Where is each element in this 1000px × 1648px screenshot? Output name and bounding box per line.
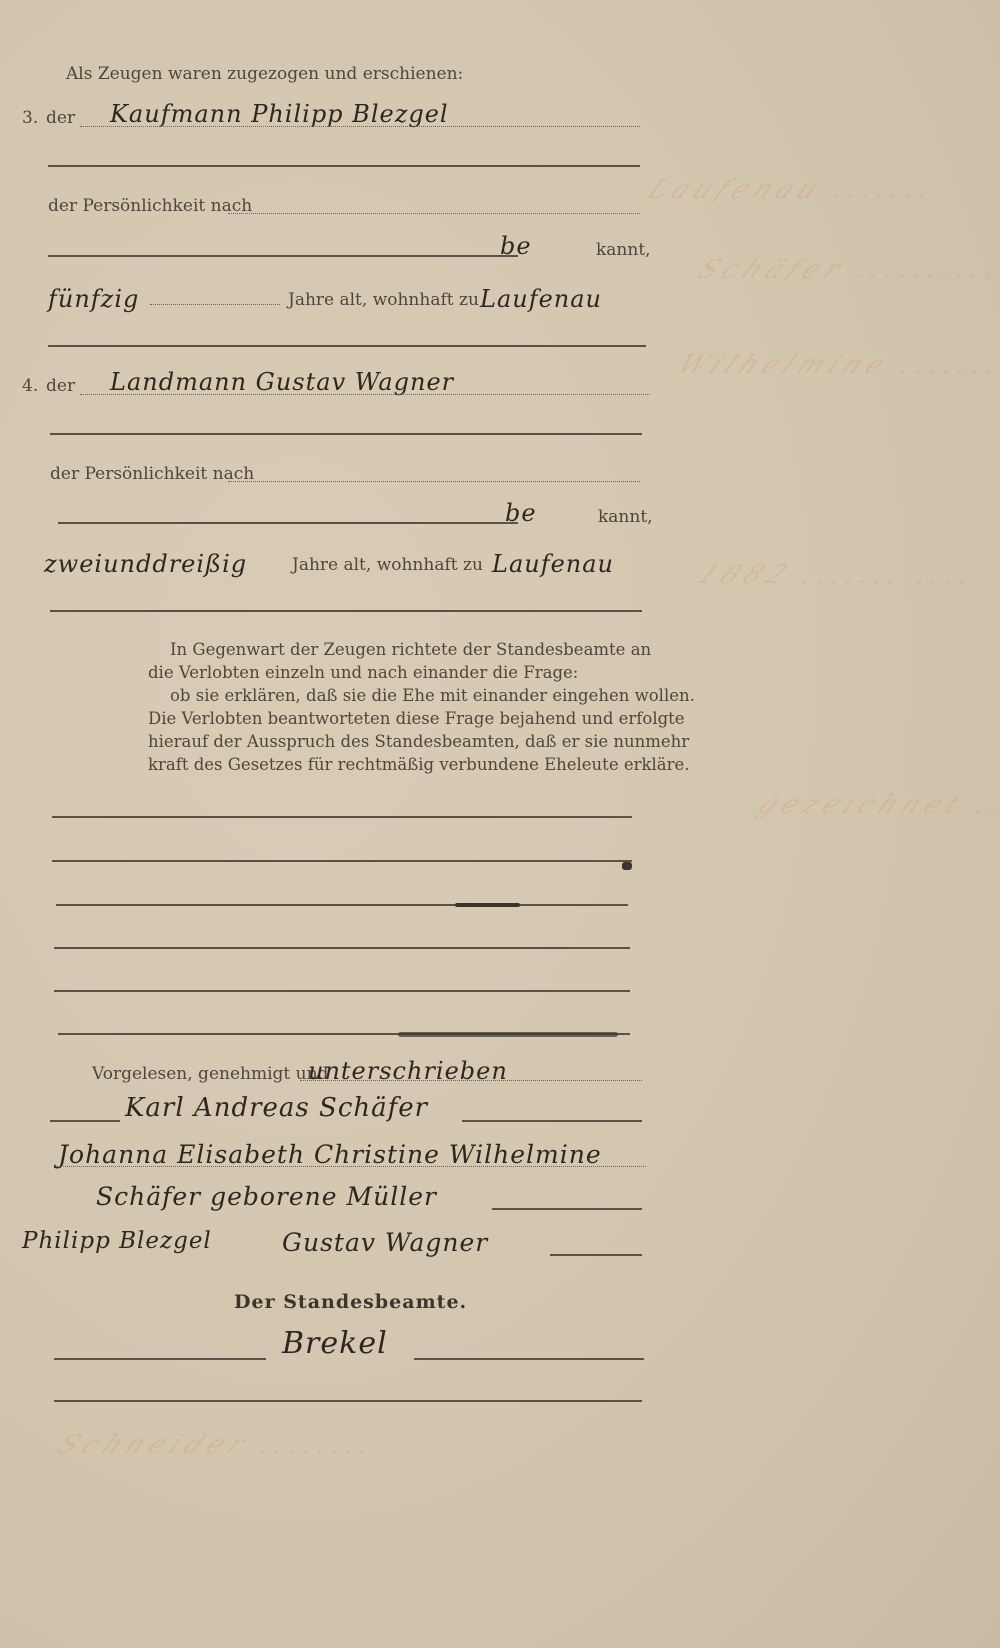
ruled-line xyxy=(414,1358,644,1360)
bleed-through-text: Laufenau ....... xyxy=(641,175,944,205)
bleed-through-text: Schneider ........ xyxy=(51,1430,385,1460)
ruled-line xyxy=(52,860,632,862)
ruled-line xyxy=(550,1254,642,1256)
declaration-paragraph: In Gegenwart der Zeugen richtete der Sta… xyxy=(148,638,643,776)
ruled-line xyxy=(52,816,632,818)
witness-3-age: fünfzig xyxy=(48,285,139,313)
witness-3-identity-label: der Persönlichkeit nach xyxy=(48,196,252,216)
witness-3-age-label: Jahre alt, wohnhaft zu xyxy=(288,290,479,310)
ruled-line xyxy=(54,1358,266,1360)
fill-line xyxy=(228,481,640,482)
witness-3-residence: Laufenau xyxy=(480,285,602,313)
fill-line xyxy=(228,213,640,214)
ruled-line xyxy=(50,1120,120,1122)
bride-signature-line-2: Schäfer geborene Müller xyxy=(96,1182,437,1211)
witness-4-known-fill: be xyxy=(505,499,537,527)
witnesses-heading: Als Zeugen waren zugezogen und erschiene… xyxy=(66,64,463,84)
ruled-line xyxy=(58,522,518,524)
ruled-line xyxy=(492,1208,642,1210)
declaration-line: die Verlobten einzeln und nach einander … xyxy=(148,661,643,684)
witness-4-prefix: der xyxy=(46,376,75,396)
fill-line xyxy=(80,126,640,127)
ruled-line xyxy=(48,255,518,257)
ruled-line xyxy=(56,904,628,906)
witness-3-known-fill: be xyxy=(500,232,532,260)
bleed-through-text: 1882 ............ xyxy=(691,560,984,590)
witness-3-signature: Philipp Blezgel xyxy=(22,1228,212,1254)
bleed-through-text: Wilhelmine ......... xyxy=(671,350,1000,380)
witness-3-prefix: der xyxy=(46,108,75,128)
ruled-line xyxy=(50,433,642,435)
witness-4-signature: Gustav Wagner xyxy=(282,1228,488,1257)
bleed-through-text: Schäfer ............. xyxy=(691,255,1000,285)
declaration-line: kraft des Gesetzes für rechtmäßig verbun… xyxy=(148,753,643,776)
witness-4-residence: Laufenau xyxy=(492,550,614,578)
witness-4-entry: Landmann Gustav Wagner xyxy=(110,368,454,396)
fill-line xyxy=(150,304,280,305)
fill-line xyxy=(300,1080,642,1081)
ruled-line xyxy=(54,947,630,949)
ruled-line xyxy=(48,345,646,347)
fill-line xyxy=(80,394,650,395)
registrar-title: Der Standesbeamte. xyxy=(234,1291,467,1313)
witness-4-identity-label: der Persönlichkeit nach xyxy=(50,464,254,484)
registrar-signature: Brekel xyxy=(282,1326,388,1361)
ink-blot xyxy=(622,862,632,870)
declaration-line: Die Verlobten beantworteten diese Frage … xyxy=(148,707,643,730)
ruled-line xyxy=(54,1400,642,1402)
bride-signature-line-1: Johanna Elisabeth Christine Wilhelmine xyxy=(58,1140,602,1169)
ruled-line xyxy=(48,165,640,167)
bleed-through-text: gezeichnet ... xyxy=(751,790,1000,820)
closing-label: Vorgelesen, genehmigt und xyxy=(92,1064,328,1084)
ink-smudge xyxy=(455,903,520,907)
ruled-line xyxy=(462,1120,642,1122)
witness-4-age: zweiunddreißig xyxy=(44,550,247,578)
ink-smudge xyxy=(398,1032,618,1037)
ruled-line xyxy=(54,990,630,992)
declaration-line: ob sie erklären, daß sie die Ehe mit ein… xyxy=(148,684,643,707)
witness-3-entry: Kaufmann Philipp Blezgel xyxy=(110,100,449,128)
witness-3-known-suffix: kannt, xyxy=(596,240,651,260)
declaration-line: In Gegenwart der Zeugen richtete der Sta… xyxy=(148,638,643,661)
ruled-line xyxy=(50,610,642,612)
fill-line xyxy=(56,1166,646,1167)
witness-4-age-label: Jahre alt, wohnhaft zu xyxy=(292,555,483,575)
witness-3-number: 3. xyxy=(22,108,38,128)
register-page: Laufenau ....... Schäfer ............. W… xyxy=(0,0,1000,1648)
groom-signature: Karl Andreas Schäfer xyxy=(125,1093,428,1123)
witness-4-number: 4. xyxy=(22,376,38,396)
witness-4-known-suffix: kannt, xyxy=(598,507,653,527)
declaration-line: hierauf der Ausspruch des Standesbeamten… xyxy=(148,730,643,753)
